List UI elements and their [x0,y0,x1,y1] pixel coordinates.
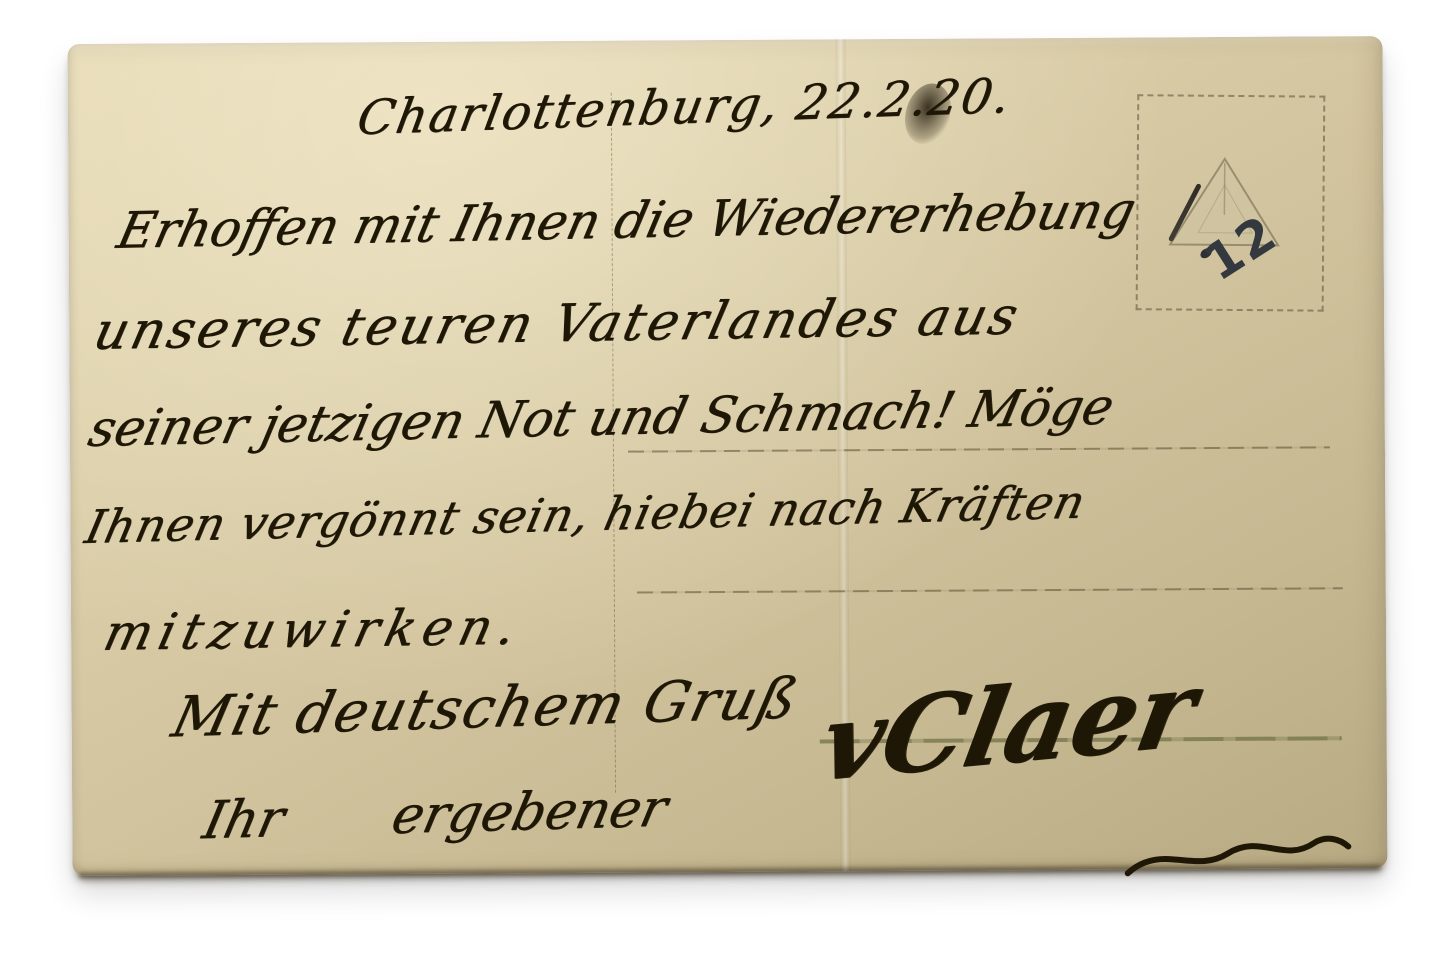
message-line-3: seiner jetzigen Not und Schmach! Möge [83,377,1119,458]
message-line-2: unseres teuren Vaterlandes aus [88,286,1026,362]
photo-background: 12 Charlottenburg, 22.2.20. Erhoffen mit… [0,0,1445,964]
signature-flourish-icon [1121,818,1354,885]
address-line-2 [637,587,1343,593]
signoff-word-2: ergebener [386,779,672,847]
signoff-gap [279,833,389,836]
signature: vClaer [812,645,1205,805]
message-line-4: Ihnen vergönnt sein, hiebei nach Kräften [80,474,1091,554]
postcard: 12 Charlottenburg, 22.2.20. Erhoffen mit… [67,36,1387,876]
message-line-1: Erhoffen mit Ihnen die Wiedererhebung [112,181,1141,260]
address-line-1 [628,446,1330,452]
signoff-word-1: Ihr [198,789,290,852]
stamp-box: 12 [1136,94,1326,311]
closing-greeting: Mit deutschem Gruß [166,666,805,751]
message-line-5: mitzuwirken. [98,598,528,662]
closing-signoff: Ihrergebener [198,779,673,852]
